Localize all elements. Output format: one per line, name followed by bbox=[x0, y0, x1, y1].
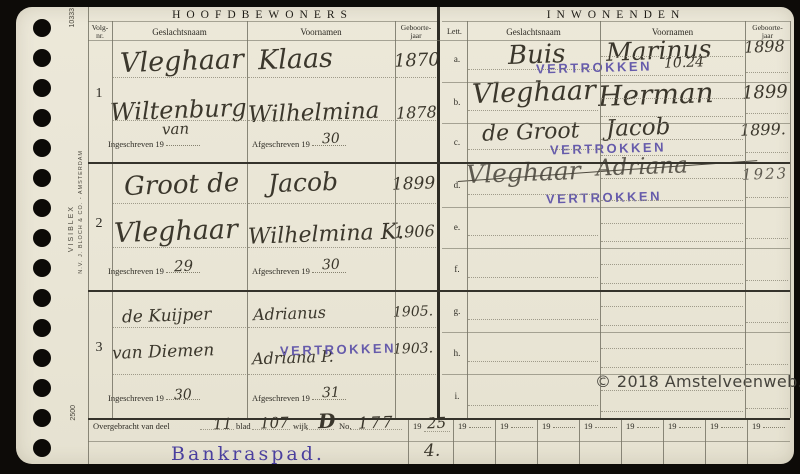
punch-hole bbox=[33, 229, 51, 247]
afgeschreven-year: 30 bbox=[322, 258, 340, 273]
afgeschreven-year: 30 bbox=[322, 132, 340, 147]
rule-line bbox=[600, 21, 601, 418]
year-cell-prefix: 19 bbox=[584, 421, 617, 431]
ingeschreven-year: 29 bbox=[174, 259, 194, 275]
row-letter: b. bbox=[449, 97, 465, 107]
surname-prefix-entry: van bbox=[162, 122, 190, 138]
writing-guide bbox=[601, 241, 743, 242]
firstnames-entry: Klaas bbox=[258, 45, 334, 75]
writing-guide bbox=[113, 203, 246, 204]
writing-guide bbox=[468, 149, 598, 150]
card-stock-number-top: 10333 bbox=[69, 8, 76, 27]
writing-guide bbox=[396, 327, 436, 328]
writing-guide bbox=[746, 364, 788, 365]
col-header-lett: Lett. bbox=[442, 28, 467, 36]
writing-guide bbox=[468, 277, 598, 278]
year-cell-prefix: 19 bbox=[752, 421, 785, 431]
punch-hole bbox=[33, 439, 51, 457]
birthyear-entry: 1903. bbox=[393, 341, 434, 356]
writing-guide bbox=[601, 367, 743, 368]
col-header-volgnr: Volg- nr. bbox=[88, 24, 112, 40]
brand-name-vertical: VISIBLEX bbox=[68, 205, 75, 252]
year-cell-prefix: 19 bbox=[668, 421, 701, 431]
writing-guide bbox=[601, 155, 743, 156]
firstnames-entry: Herman bbox=[598, 79, 715, 111]
overgebracht-label: Overgebracht van deel bbox=[93, 421, 170, 431]
writing-guide bbox=[468, 235, 598, 236]
blad-label: blad bbox=[236, 421, 251, 431]
row-letter: h. bbox=[449, 348, 465, 358]
writing-guide bbox=[468, 69, 598, 70]
col-header-geslachtsnaam-right: Geslachtsnaam bbox=[467, 28, 600, 37]
writing-guide bbox=[248, 327, 394, 328]
rule-line bbox=[88, 441, 790, 442]
writing-guide bbox=[113, 374, 246, 375]
writing-guide bbox=[396, 374, 436, 375]
rule-line bbox=[88, 21, 437, 22]
col-header-geboortejaar-left-line2: jaar bbox=[410, 31, 421, 40]
col-header-volgnr-line2: nr. bbox=[96, 31, 104, 40]
printer-name-vertical: N.V. J. BLOCH & CO. - AMSTERDAM bbox=[78, 150, 84, 274]
row-letter: c. bbox=[449, 137, 465, 147]
rule-line bbox=[88, 7, 89, 464]
punch-hole bbox=[33, 349, 51, 367]
writing-guide bbox=[601, 325, 743, 326]
punch-hole bbox=[33, 259, 51, 277]
rule-line bbox=[790, 21, 791, 418]
rule-line bbox=[745, 21, 746, 418]
writing-guide bbox=[601, 411, 743, 412]
rule-line bbox=[442, 21, 790, 22]
rule-line bbox=[442, 374, 790, 375]
punch-hole bbox=[33, 199, 51, 217]
writing-guide bbox=[601, 306, 743, 307]
ingeschreven-year: 30 bbox=[174, 388, 192, 403]
surname-entry: van Diemen bbox=[112, 342, 215, 363]
writing-guide bbox=[306, 429, 334, 430]
punch-hole bbox=[33, 169, 51, 187]
writing-guide bbox=[746, 72, 788, 73]
row-letter: g. bbox=[449, 306, 465, 316]
writing-guide bbox=[200, 429, 234, 430]
writing-guide bbox=[396, 247, 436, 248]
house-number: 4. bbox=[424, 443, 441, 461]
col-header-voornamen-left: Voornamen bbox=[247, 28, 395, 37]
writing-guide bbox=[601, 178, 743, 179]
vertrokken-stamp: VERTROKKEN bbox=[536, 58, 652, 76]
writing-guide bbox=[468, 194, 598, 195]
section-title-hoofdbewoners: HOOFDBEWONERS bbox=[88, 9, 437, 21]
surname-entry: Groot de bbox=[124, 170, 240, 200]
writing-guide bbox=[248, 120, 394, 121]
writing-guide bbox=[601, 223, 743, 224]
vertrokken-stamp: VERTROKKEN bbox=[280, 340, 396, 358]
writing-guide bbox=[248, 247, 394, 248]
punch-hole bbox=[33, 79, 51, 97]
volgnr-2: 2 bbox=[88, 216, 110, 232]
ingeschreven-label: Ingeschreven 19 bbox=[108, 139, 200, 149]
rule-line bbox=[442, 332, 790, 333]
writing-guide bbox=[396, 203, 436, 204]
writing-guide bbox=[601, 56, 743, 57]
col-header-geslachtsnaam-left: Geslachtsnaam bbox=[112, 28, 247, 37]
writing-guide bbox=[468, 361, 598, 362]
writing-guide bbox=[396, 120, 436, 121]
block-divider bbox=[88, 162, 790, 164]
col-header-geboortejaar-left: Geboorte- jaar bbox=[395, 24, 437, 40]
writing-guide bbox=[746, 113, 788, 114]
volgnr-1: 1 bbox=[88, 86, 110, 102]
rule-line bbox=[395, 21, 396, 418]
writing-guide bbox=[601, 390, 743, 391]
birthyear-entry: 1899 bbox=[392, 175, 436, 193]
date-note: 10.24 bbox=[664, 55, 705, 70]
writing-guide bbox=[601, 116, 743, 117]
writing-guide bbox=[468, 405, 598, 406]
vertrokken-stamp: VERTROKKEN bbox=[546, 188, 662, 206]
writing-guide bbox=[601, 200, 743, 201]
firstnames-entry: Jacob bbox=[268, 169, 339, 196]
writing-guide bbox=[601, 348, 743, 349]
row-letter: i. bbox=[449, 391, 465, 401]
row-letter: e. bbox=[449, 222, 465, 232]
year-cell-prefix: 19 bbox=[500, 421, 533, 431]
birthyear-entry: 1923 bbox=[742, 166, 789, 183]
writing-guide bbox=[424, 431, 450, 432]
writing-guide bbox=[252, 429, 290, 430]
birthyear-entry: 1905. bbox=[393, 304, 434, 319]
firstnames-entry: Wilhelmina bbox=[248, 100, 380, 128]
surname-entry: Vleghaar bbox=[114, 216, 239, 247]
register-card-scan: 10333 VISIBLEX N.V. J. BLOCH & CO. - AMS… bbox=[0, 0, 800, 474]
row-letter: a. bbox=[449, 54, 465, 64]
writing-guide bbox=[113, 327, 246, 328]
writing-guide bbox=[601, 139, 743, 140]
rule-line bbox=[442, 82, 790, 83]
punch-hole bbox=[33, 49, 51, 67]
writing-guide bbox=[746, 408, 788, 409]
punch-hole bbox=[33, 289, 51, 307]
writing-guide bbox=[601, 98, 743, 99]
writing-guide bbox=[746, 322, 788, 323]
birthyear-entry: 1870 bbox=[394, 51, 440, 71]
rule-line bbox=[247, 21, 248, 418]
punch-hole bbox=[33, 109, 51, 127]
year-cell-prefix: 19 bbox=[626, 421, 659, 431]
writing-guide bbox=[248, 203, 394, 204]
rule-line bbox=[88, 40, 790, 41]
writing-guide bbox=[396, 77, 436, 78]
punch-hole bbox=[33, 139, 51, 157]
writing-guide bbox=[248, 77, 394, 78]
birthyear-entry: 1899 bbox=[742, 83, 788, 103]
afgeschreven-year: 31 bbox=[322, 386, 340, 401]
writing-guide bbox=[746, 280, 788, 281]
writing-guide bbox=[468, 110, 598, 111]
writing-guide bbox=[746, 197, 788, 198]
year-cell-prefix: 19 bbox=[458, 421, 491, 431]
surname-entry: Vleghaar bbox=[120, 46, 245, 77]
writing-guide bbox=[746, 152, 788, 153]
writing-guide bbox=[601, 264, 743, 265]
writing-guide bbox=[601, 75, 743, 76]
birthyear-entry: 1906 bbox=[394, 223, 435, 240]
block-divider bbox=[88, 290, 790, 292]
firstnames-entry: Jacob bbox=[606, 116, 671, 141]
section-title-inwonenden: INWONENDEN bbox=[442, 9, 790, 21]
writing-guide bbox=[113, 247, 246, 248]
writing-guide bbox=[746, 238, 788, 239]
writing-guide bbox=[468, 319, 598, 320]
writing-guide bbox=[248, 374, 394, 375]
punch-hole bbox=[33, 379, 51, 397]
punch-hole bbox=[33, 19, 51, 37]
year-cell-prefix: 19 bbox=[710, 421, 743, 431]
writing-guide bbox=[113, 77, 246, 78]
punch-hole bbox=[33, 319, 51, 337]
year-cell-prefix: 19 bbox=[542, 421, 575, 431]
firstnames-entry: Wilhelmina K. bbox=[248, 221, 405, 248]
writing-guide bbox=[350, 429, 402, 430]
rule-line bbox=[442, 123, 790, 124]
card-stock-number-bottom: 2500 bbox=[70, 405, 77, 421]
row-letter: f. bbox=[449, 264, 465, 274]
volgnr-3: 3 bbox=[88, 340, 110, 356]
block-divider bbox=[88, 418, 790, 420]
rule-line bbox=[442, 207, 790, 208]
street-name-stamp: Bankraspad. bbox=[88, 443, 408, 465]
punch-hole bbox=[33, 409, 51, 427]
firstnames-entry: Adrianus bbox=[253, 305, 326, 324]
surname-entry: de Kuijper bbox=[122, 306, 212, 326]
rule-line bbox=[442, 248, 790, 249]
year-cell-prefix: 19 bbox=[413, 421, 422, 431]
rule-line bbox=[467, 21, 468, 418]
section-divider bbox=[437, 7, 440, 418]
rule-line bbox=[112, 21, 113, 418]
writing-guide bbox=[601, 283, 743, 284]
writing-guide bbox=[113, 120, 246, 121]
